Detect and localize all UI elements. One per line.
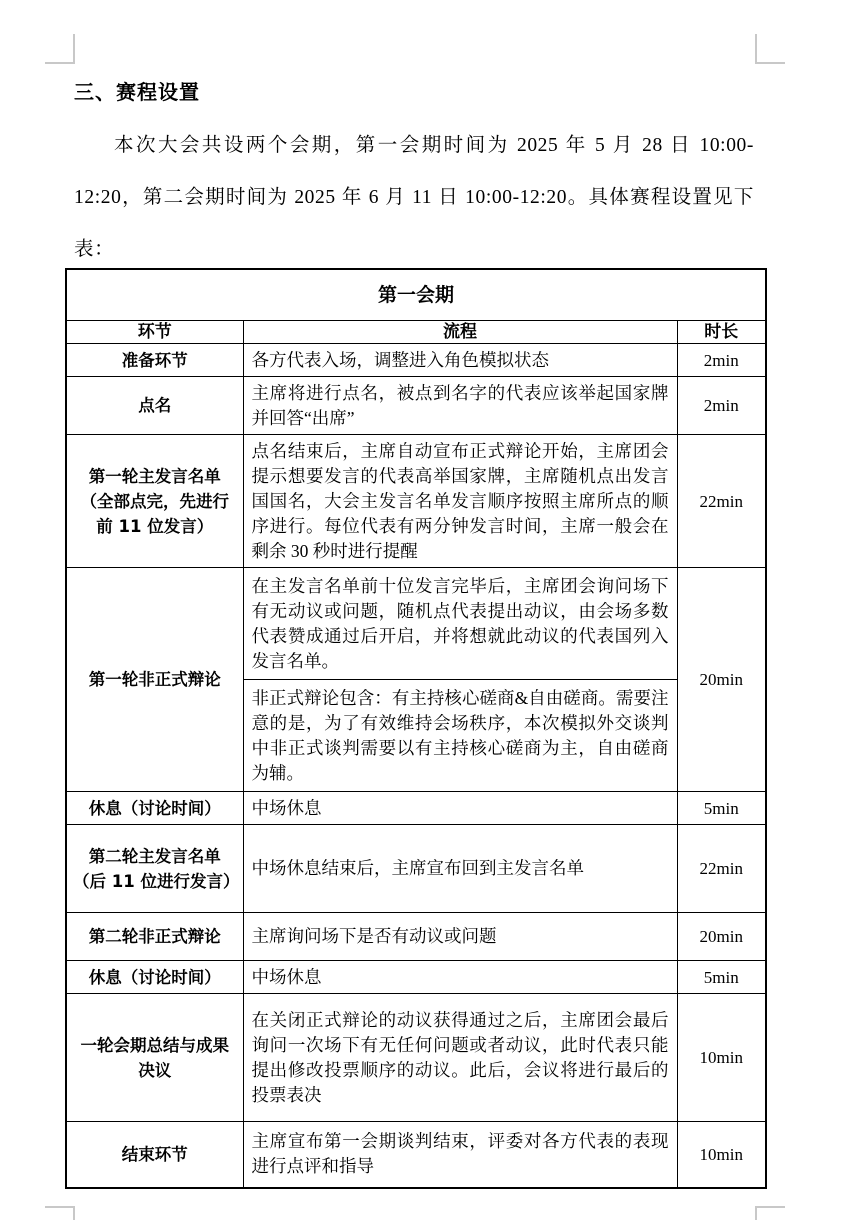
process-cell: 中场休息 [243,792,677,825]
process-cell-2: 非正式辩论包含：有主持核心磋商&自由磋商。需要注意的是，为了有效维持会场秩序，本… [243,680,677,792]
header-process: 流程 [243,321,677,344]
process-cell: 主席宣布第一会期谈判结束，评委对各方代表的表现进行点评和指导 [243,1122,677,1188]
process-cell: 在主发言名单前十位发言完毕后，主席团会询问场下有无动议或问题，随机点代表提出动议… [243,568,677,680]
stage-cell: 第二轮非正式辩论 [66,913,243,961]
process-cell: 中场休息结束后，主席宣布回到主发言名单 [243,825,677,913]
table-row: 一轮会期总结与成果决议 在关闭正式辩论的动议获得通过之后，主席团会最后询问一次场… [66,994,766,1122]
process-cell: 中场休息 [243,961,677,994]
process-cell: 主席将进行点名，被点到名字的代表应该举起国家牌并回答“出席” [243,377,677,435]
stage-cell: 休息（讨论时间） [66,792,243,825]
crop-mark-bottom-left [45,1206,75,1220]
stage-cell: 准备环节 [66,344,243,377]
stage-cell: 第一轮非正式辩论 [66,568,243,792]
process-cell: 点名结束后，主席自动宣布正式辩论开始，主席团会提示想要发言的代表高举国家牌，主席… [243,435,677,568]
duration-cell: 5min [677,961,766,994]
process-cell: 主席询问场下是否有动议或问题 [243,913,677,961]
header-duration: 时长 [677,321,766,344]
stage-cell: 第二轮主发言名单（后 11 位进行发言） [66,825,243,913]
table-header-row: 环节 流程 时长 [66,321,766,344]
table-row: 第一轮非正式辩论 在主发言名单前十位发言完毕后，主席团会询问场下有无动议或问题，… [66,568,766,680]
intro-paragraph: 本次大会共设两个会期，第一会期时间为 2025 年 5 月 28 日 10:00… [74,120,754,276]
table-title-row: 第一会期 [66,269,766,321]
table-row: 点名 主席将进行点名，被点到名字的代表应该举起国家牌并回答“出席” 2min [66,377,766,435]
table-row: 第二轮主发言名单（后 11 位进行发言） 中场休息结束后，主席宣布回到主发言名单… [66,825,766,913]
duration-cell: 20min [677,913,766,961]
crop-mark-top-right [755,34,785,64]
duration-cell: 22min [677,435,766,568]
duration-cell: 2min [677,377,766,435]
stage-cell: 点名 [66,377,243,435]
stage-cell: 结束环节 [66,1122,243,1188]
crop-mark-top-left [45,34,75,64]
duration-cell: 20min [677,568,766,792]
duration-cell: 10min [677,994,766,1122]
table-row: 第一轮主发言名单（全部点完，先进行前 11 位发言） 点名结束后，主席自动宣布正… [66,435,766,568]
stage-cell: 第一轮主发言名单（全部点完，先进行前 11 位发言） [66,435,243,568]
process-cell: 在关闭正式辩论的动议获得通过之后，主席团会最后询问一次场下有无任何问题或者动议，… [243,994,677,1122]
table-row: 休息（讨论时间） 中场休息 5min [66,792,766,825]
process-cell: 各方代表入场，调整进入角色模拟状态 [243,344,677,377]
section-heading: 三、赛程设置 [74,76,200,105]
duration-cell: 22min [677,825,766,913]
crop-mark-bottom-right [755,1206,785,1220]
stage-cell: 休息（讨论时间） [66,961,243,994]
schedule-table: 第一会期 环节 流程 时长 准备环节 各方代表入场，调整进入角色模拟状态 2mi… [65,268,767,1189]
table-row: 准备环节 各方代表入场，调整进入角色模拟状态 2min [66,344,766,377]
duration-cell: 5min [677,792,766,825]
stage-cell: 一轮会期总结与成果决议 [66,994,243,1122]
header-stage: 环节 [66,321,243,344]
table-row: 结束环节 主席宣布第一会期谈判结束，评委对各方代表的表现进行点评和指导 10mi… [66,1122,766,1188]
duration-cell: 10min [677,1122,766,1188]
table-row: 第二轮非正式辩论 主席询问场下是否有动议或问题 20min [66,913,766,961]
table-title: 第一会期 [66,269,766,321]
duration-cell: 2min [677,344,766,377]
table-row: 休息（讨论时间） 中场休息 5min [66,961,766,994]
